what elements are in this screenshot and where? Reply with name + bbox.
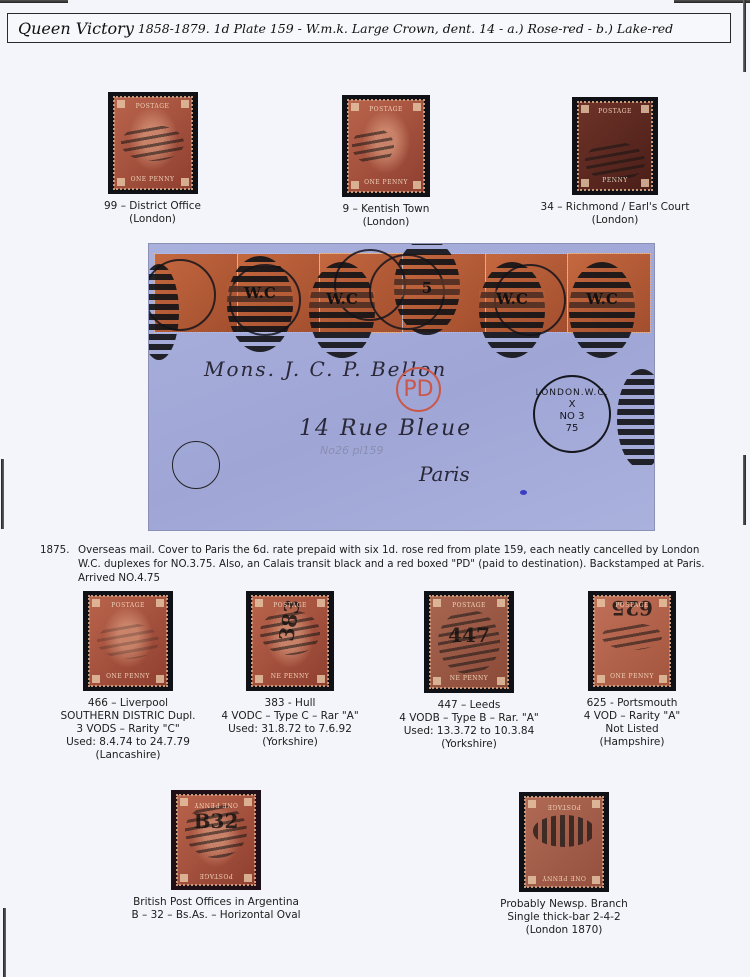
caption-line: 9 – Kentish Town — [316, 203, 456, 216]
duplex-oval: 5 — [394, 243, 460, 335]
stamp-bottom-text: POSTAGE — [177, 869, 255, 882]
postmark — [352, 128, 394, 165]
caption-line: (Yorkshire) — [374, 738, 564, 751]
stamp-item: 447 POSTAGE NE PENNY 447 – Leeds 4 VODB … — [424, 591, 514, 751]
stamp-caption: 625 - Portsmouth 4 VOD – Rarity "A" Not … — [538, 697, 726, 749]
page-edge-mark — [3, 908, 6, 977]
stamp-caption: 9 – Kentish Town (London) — [316, 203, 456, 229]
caption-line: British Post Offices in Argentina — [110, 896, 322, 909]
stamp-item: 625 POSTAGE ONE PENNY 625 - Portsmouth 4… — [588, 591, 676, 749]
stamp-image: POSTAGE ONE PENNY — [89, 596, 167, 686]
stamp-caption: 34 – Richmond / Earl's Court (London) — [510, 201, 720, 227]
postmark — [97, 623, 159, 659]
postmark — [121, 125, 183, 162]
stamp-image: B32 ONE PENNY POSTAGE — [177, 795, 255, 885]
stamp-image: POSTAGE ONE PENNY — [525, 797, 603, 887]
duplex-number: 5 — [394, 279, 460, 297]
cds-date: NO 3 — [535, 411, 609, 423]
caption-line: (London 1870) — [479, 924, 649, 937]
caption-line: (Lancashire) — [32, 749, 224, 762]
caption-line: (Hampshire) — [538, 736, 726, 749]
page-edge-mark — [674, 0, 750, 3]
pd-mark: PD — [396, 367, 441, 412]
stamp-top-text: POSTAGE — [594, 599, 670, 612]
duplex-text: W.C — [227, 284, 293, 302]
title-lead: Queen Victory — [18, 19, 134, 38]
duplex-oval — [617, 369, 655, 469]
calais-transit-mark — [172, 441, 220, 489]
stamp-image: POSTAGE ONE PENNY — [348, 100, 424, 192]
pencil-note: No26 pl159 — [320, 444, 384, 457]
stamp-top-text: POSTAGE — [348, 103, 424, 116]
caption-line: 4 VODC – Type C – Rar "A" — [196, 710, 384, 723]
caption-line: 4 VODB – Type B – Rar. "A" — [374, 712, 564, 725]
cds-year: 75 — [535, 423, 609, 435]
caption-line: (London) — [510, 214, 720, 227]
cancel-number: 447 — [430, 629, 508, 642]
stamp-item: POSTAGE ONE PENNY Probably Newsp. Branch… — [519, 792, 609, 937]
stamp-mount: POSTAGE ONE PENNY — [342, 95, 430, 197]
stamp-top-text: POSTAGE — [430, 599, 508, 612]
stamp-caption: British Post Offices in Argentina B – 32… — [110, 896, 322, 922]
page-edge-mark — [743, 0, 746, 72]
ink-spot — [520, 490, 527, 495]
stamp-mount: POSTAGE ONE PENNY — [83, 591, 173, 691]
caption-line: (Yorkshire) — [196, 736, 384, 749]
cds-mid: X — [535, 399, 609, 411]
london-cds: LONDON.W.C. X NO 3 75 — [533, 375, 611, 453]
description-line: Arrived NO.4.75 — [40, 571, 720, 585]
duplex-text: W.C — [479, 290, 545, 308]
caption-line: 34 – Richmond / Earl's Court — [510, 201, 720, 214]
stamp-mount: B32 ONE PENNY POSTAGE — [171, 790, 261, 890]
stamp-bottom-text: ONE PENNY — [89, 670, 167, 683]
caption-line: (London) — [80, 213, 225, 226]
stamp-mount: POSTAGE ONE PENNY — [519, 792, 609, 892]
page-edge-mark — [0, 0, 68, 3]
stamp-bottom-text: NE PENNY — [252, 670, 328, 683]
stamp-bottom-text: ONE PENNY — [114, 173, 192, 186]
caption-line: 383 - Hull — [196, 697, 384, 710]
stamp-caption: 383 - Hull 4 VODC – Type C – Rar "A" Use… — [196, 697, 384, 749]
duplex-text: W.C — [569, 290, 635, 308]
stamp-item: POSTAGE PENNY 34 – Richmond / Earl's Cou… — [570, 97, 660, 227]
description-year: 1875. — [40, 543, 78, 557]
stamp-bottom-text: ONE PENNY — [525, 871, 603, 884]
duplex-text: W.C — [309, 290, 375, 308]
stamp-item: 383 POSTAGE NE PENNY 383 - Hull 4 VODC –… — [246, 591, 334, 749]
description-line: Overseas mail. Cover to Paris the 6d. ra… — [78, 544, 699, 556]
stamp-mount: 625 POSTAGE ONE PENNY — [588, 591, 676, 691]
stamp-top-text: POSTAGE — [114, 100, 192, 113]
page-edge-mark — [1, 459, 4, 529]
stamp-image: 625 POSTAGE ONE PENNY — [594, 596, 670, 686]
title-rest: 1858-1879. 1d Plate 159 - W.m.k. Large C… — [138, 21, 673, 36]
page-edge-mark — [743, 455, 746, 525]
duplex-oval: W.C — [569, 262, 635, 358]
stamp-caption: 447 – Leeds 4 VODB – Type B – Rar. "A" U… — [374, 699, 564, 751]
cover-description: 1875.Overseas mail. Cover to Paris the 6… — [40, 543, 720, 585]
stamp-top-text: POSTAGE — [252, 599, 328, 612]
stamp-mount: 447 POSTAGE NE PENNY — [424, 591, 514, 693]
stamp-image: POSTAGE ONE PENNY — [114, 97, 192, 189]
stamp-caption: 99 – District Office (London) — [80, 200, 225, 226]
stamp-mount: POSTAGE PENNY — [572, 97, 658, 195]
stamp-mount: POSTAGE ONE PENNY — [108, 92, 198, 194]
stamp-mount: 383 POSTAGE NE PENNY — [246, 591, 334, 691]
address-line: 14 Rue Bleue — [299, 416, 472, 441]
stamp-image: 447 POSTAGE NE PENNY — [430, 596, 508, 688]
caption-line: 625 - Portsmouth — [538, 697, 726, 710]
stamp-bottom-text: PENNY — [578, 174, 652, 187]
stamp-bottom-text: ONE PENNY — [594, 670, 670, 683]
postmark — [533, 815, 595, 847]
caption-line: Single thick-bar 2-4-2 — [479, 911, 649, 924]
stamp-top-text: POSTAGE — [525, 800, 603, 813]
caption-line: 99 – District Office — [80, 200, 225, 213]
caption-line: 447 – Leeds — [374, 699, 564, 712]
cancel-number: B32 — [177, 815, 255, 828]
caption-line: (London) — [316, 216, 456, 229]
postal-cover: W.C W.C 5 W.C W.C Mons. J. C. P. Bellon … — [148, 243, 655, 531]
stamp-top-text: POSTAGE — [89, 599, 167, 612]
duplex-oval: W.C — [227, 256, 293, 352]
caption-line: B – 32 – Bs.As. – Horizontal Oval — [110, 909, 322, 922]
page-title: Queen Victory 1858-1879. 1d Plate 159 - … — [7, 13, 731, 43]
caption-line: Not Listed — [538, 723, 726, 736]
stamp-image: 383 POSTAGE NE PENNY — [252, 596, 328, 686]
stamp-image: POSTAGE PENNY — [578, 102, 652, 190]
caption-line: 4 VOD – Rarity "A" — [538, 710, 726, 723]
description-line: W.C. duplexes for NO.3.75. Also, an Cala… — [40, 557, 720, 571]
stamp-item: POSTAGE ONE PENNY 466 – Liverpool SOUTHE… — [82, 591, 174, 762]
stamp-item: POSTAGE ONE PENNY 9 – Kentish Town (Lond… — [336, 95, 436, 229]
address-line: Paris — [419, 462, 470, 486]
stamp-caption: Probably Newsp. Branch Single thick-bar … — [479, 898, 649, 937]
duplex-oval: W.C — [479, 262, 545, 358]
stamp-item: POSTAGE ONE PENNY 99 – District Office (… — [100, 92, 205, 226]
stamp-top-text: ONE PENNY — [177, 798, 255, 811]
stamp-bottom-text: ONE PENNY — [348, 176, 424, 189]
duplex-oval: W.C — [309, 262, 375, 358]
caption-line: Probably Newsp. Branch — [479, 898, 649, 911]
stamp-item: B32 ONE PENNY POSTAGE British Post Offic… — [170, 790, 262, 922]
caption-line: Used: 31.8.72 to 7.6.92 — [196, 723, 384, 736]
stamp-top-text: POSTAGE — [578, 105, 652, 118]
stamp-bottom-text: NE PENNY — [430, 672, 508, 685]
cds-top: LONDON.W.C. — [535, 387, 609, 399]
caption-line: Used: 13.3.72 to 10.3.84 — [374, 725, 564, 738]
postmark — [602, 623, 663, 650]
